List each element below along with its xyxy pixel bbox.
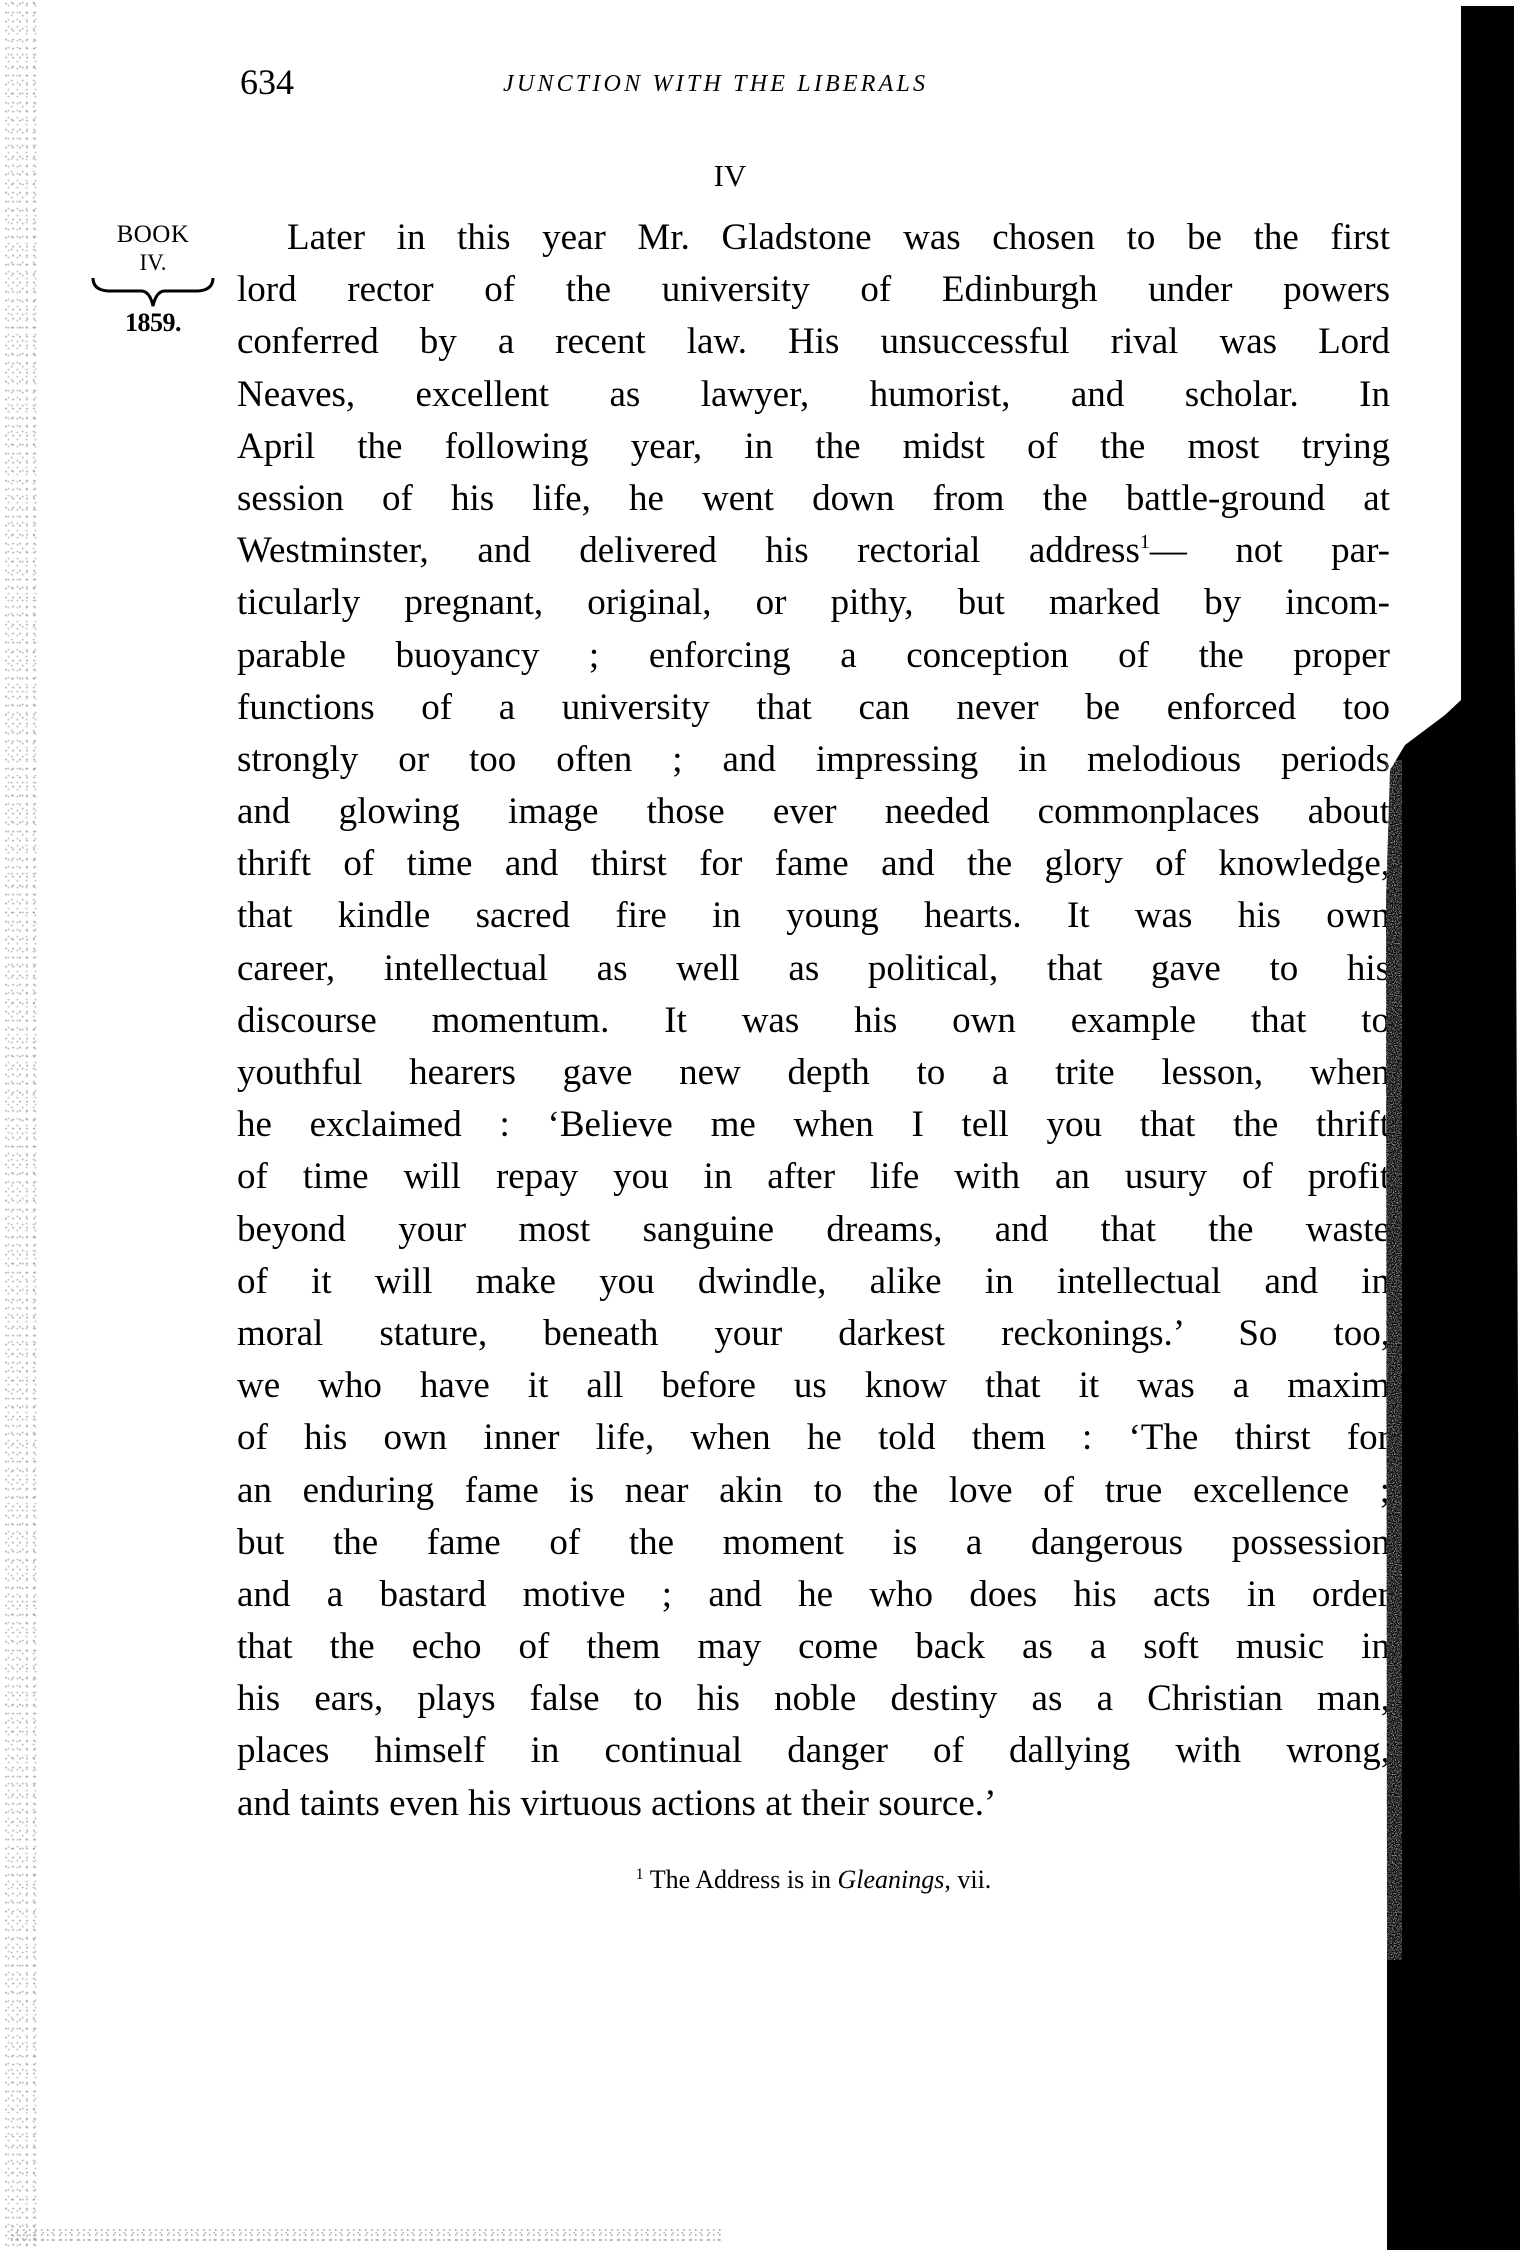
text-line: conferred by a recent law. His unsuccess…	[237, 316, 1390, 368]
running-head-title: JUNCTION WITH THE LIBERALS	[503, 66, 928, 102]
text-line: of time will repay you in after life wit…	[237, 1151, 1390, 1203]
text-line: youthful hearers gave new depth to a tri…	[237, 1047, 1390, 1099]
running-head: 634 JUNCTION WITH THE LIBERALS	[240, 60, 1390, 104]
text-line: and a bastard motive ; and he who does h…	[237, 1569, 1390, 1621]
text-line-end: — not par-	[1150, 530, 1390, 571]
text-line: his ears, plays false to his noble desti…	[237, 1673, 1390, 1725]
section-number: IV	[700, 156, 760, 196]
text-line: discourse momentum. It was his own examp…	[237, 995, 1390, 1047]
page-number: 634	[240, 60, 294, 104]
footnote-marker: 1	[636, 1866, 644, 1883]
margin-volume-label: IV.	[88, 250, 218, 276]
text-line: career, intellectual as well as politica…	[237, 943, 1390, 995]
text-line: parable buoyancy ; enforcing a conceptio…	[237, 630, 1390, 682]
scan-edge-noise-bottom	[10, 2228, 725, 2242]
text-line: that kindle sacred fire in young hearts.…	[237, 890, 1390, 942]
text-line: session of his life, he went down from t…	[237, 473, 1390, 525]
text-line: ticularly pregnant, original, or pithy, …	[237, 577, 1390, 629]
body-paragraph: Later in this year Mr. Gladstone was cho…	[237, 212, 1390, 1830]
text-line-start: Westminster, and delivered his rectorial…	[237, 530, 1140, 571]
text-line: April the following year, in the midst o…	[237, 421, 1390, 473]
text-line: an enduring fame is near akin to the lov…	[237, 1465, 1390, 1517]
scan-edge-noise-left	[4, 0, 38, 2250]
margin-note: BOOK IV. 1859.	[88, 220, 218, 338]
text-line: places himself in continual danger of da…	[237, 1725, 1390, 1777]
text-line: of his own inner life, when he told them…	[237, 1412, 1390, 1464]
text-line: functions of a university that can never…	[237, 682, 1390, 734]
text-line: lord rector of the university of Edinbur…	[237, 264, 1390, 316]
text-line: and glowing image those ever needed comm…	[237, 786, 1390, 838]
footnote-text: The Address is in	[644, 1865, 838, 1894]
text-line: Later in this year Mr. Gladstone was cho…	[237, 212, 1390, 264]
text-line: but the fame of the moment is a dangerou…	[237, 1517, 1390, 1569]
curly-brace-icon	[90, 276, 216, 310]
text-line: he exclaimed : ‘Believe me when I tell y…	[237, 1099, 1390, 1151]
footnote-text-end: , vii.	[944, 1865, 991, 1894]
footnote-reference[interactable]: 1	[1140, 531, 1150, 553]
footnote: 1 The Address is in Gleanings, vii.	[237, 1862, 1390, 1898]
margin-year: 1859.	[88, 308, 218, 338]
text-line: of it will make you dwindle, alike in in…	[237, 1256, 1390, 1308]
footnote-book-title: Gleanings	[837, 1865, 944, 1894]
text-line: beyond your most sanguine dreams, and th…	[237, 1204, 1390, 1256]
text-line: moral stature, beneath your darkest reck…	[237, 1308, 1390, 1360]
text-line: thrift of time and thirst for fame and t…	[237, 838, 1390, 890]
text-line: Neaves, excellent as lawyer, humorist, a…	[237, 369, 1390, 421]
text-line: and taints even his virtuous actions at …	[237, 1778, 1390, 1830]
text-line: strongly or too often ; and impressing i…	[237, 734, 1390, 786]
text-line-with-footnote: Westminster, and delivered his rectorial…	[237, 525, 1390, 577]
text-line: we who have it all before us know that i…	[237, 1360, 1390, 1412]
text-line: that the echo of them may come back as a…	[237, 1621, 1390, 1673]
margin-book-label: BOOK	[88, 220, 218, 250]
